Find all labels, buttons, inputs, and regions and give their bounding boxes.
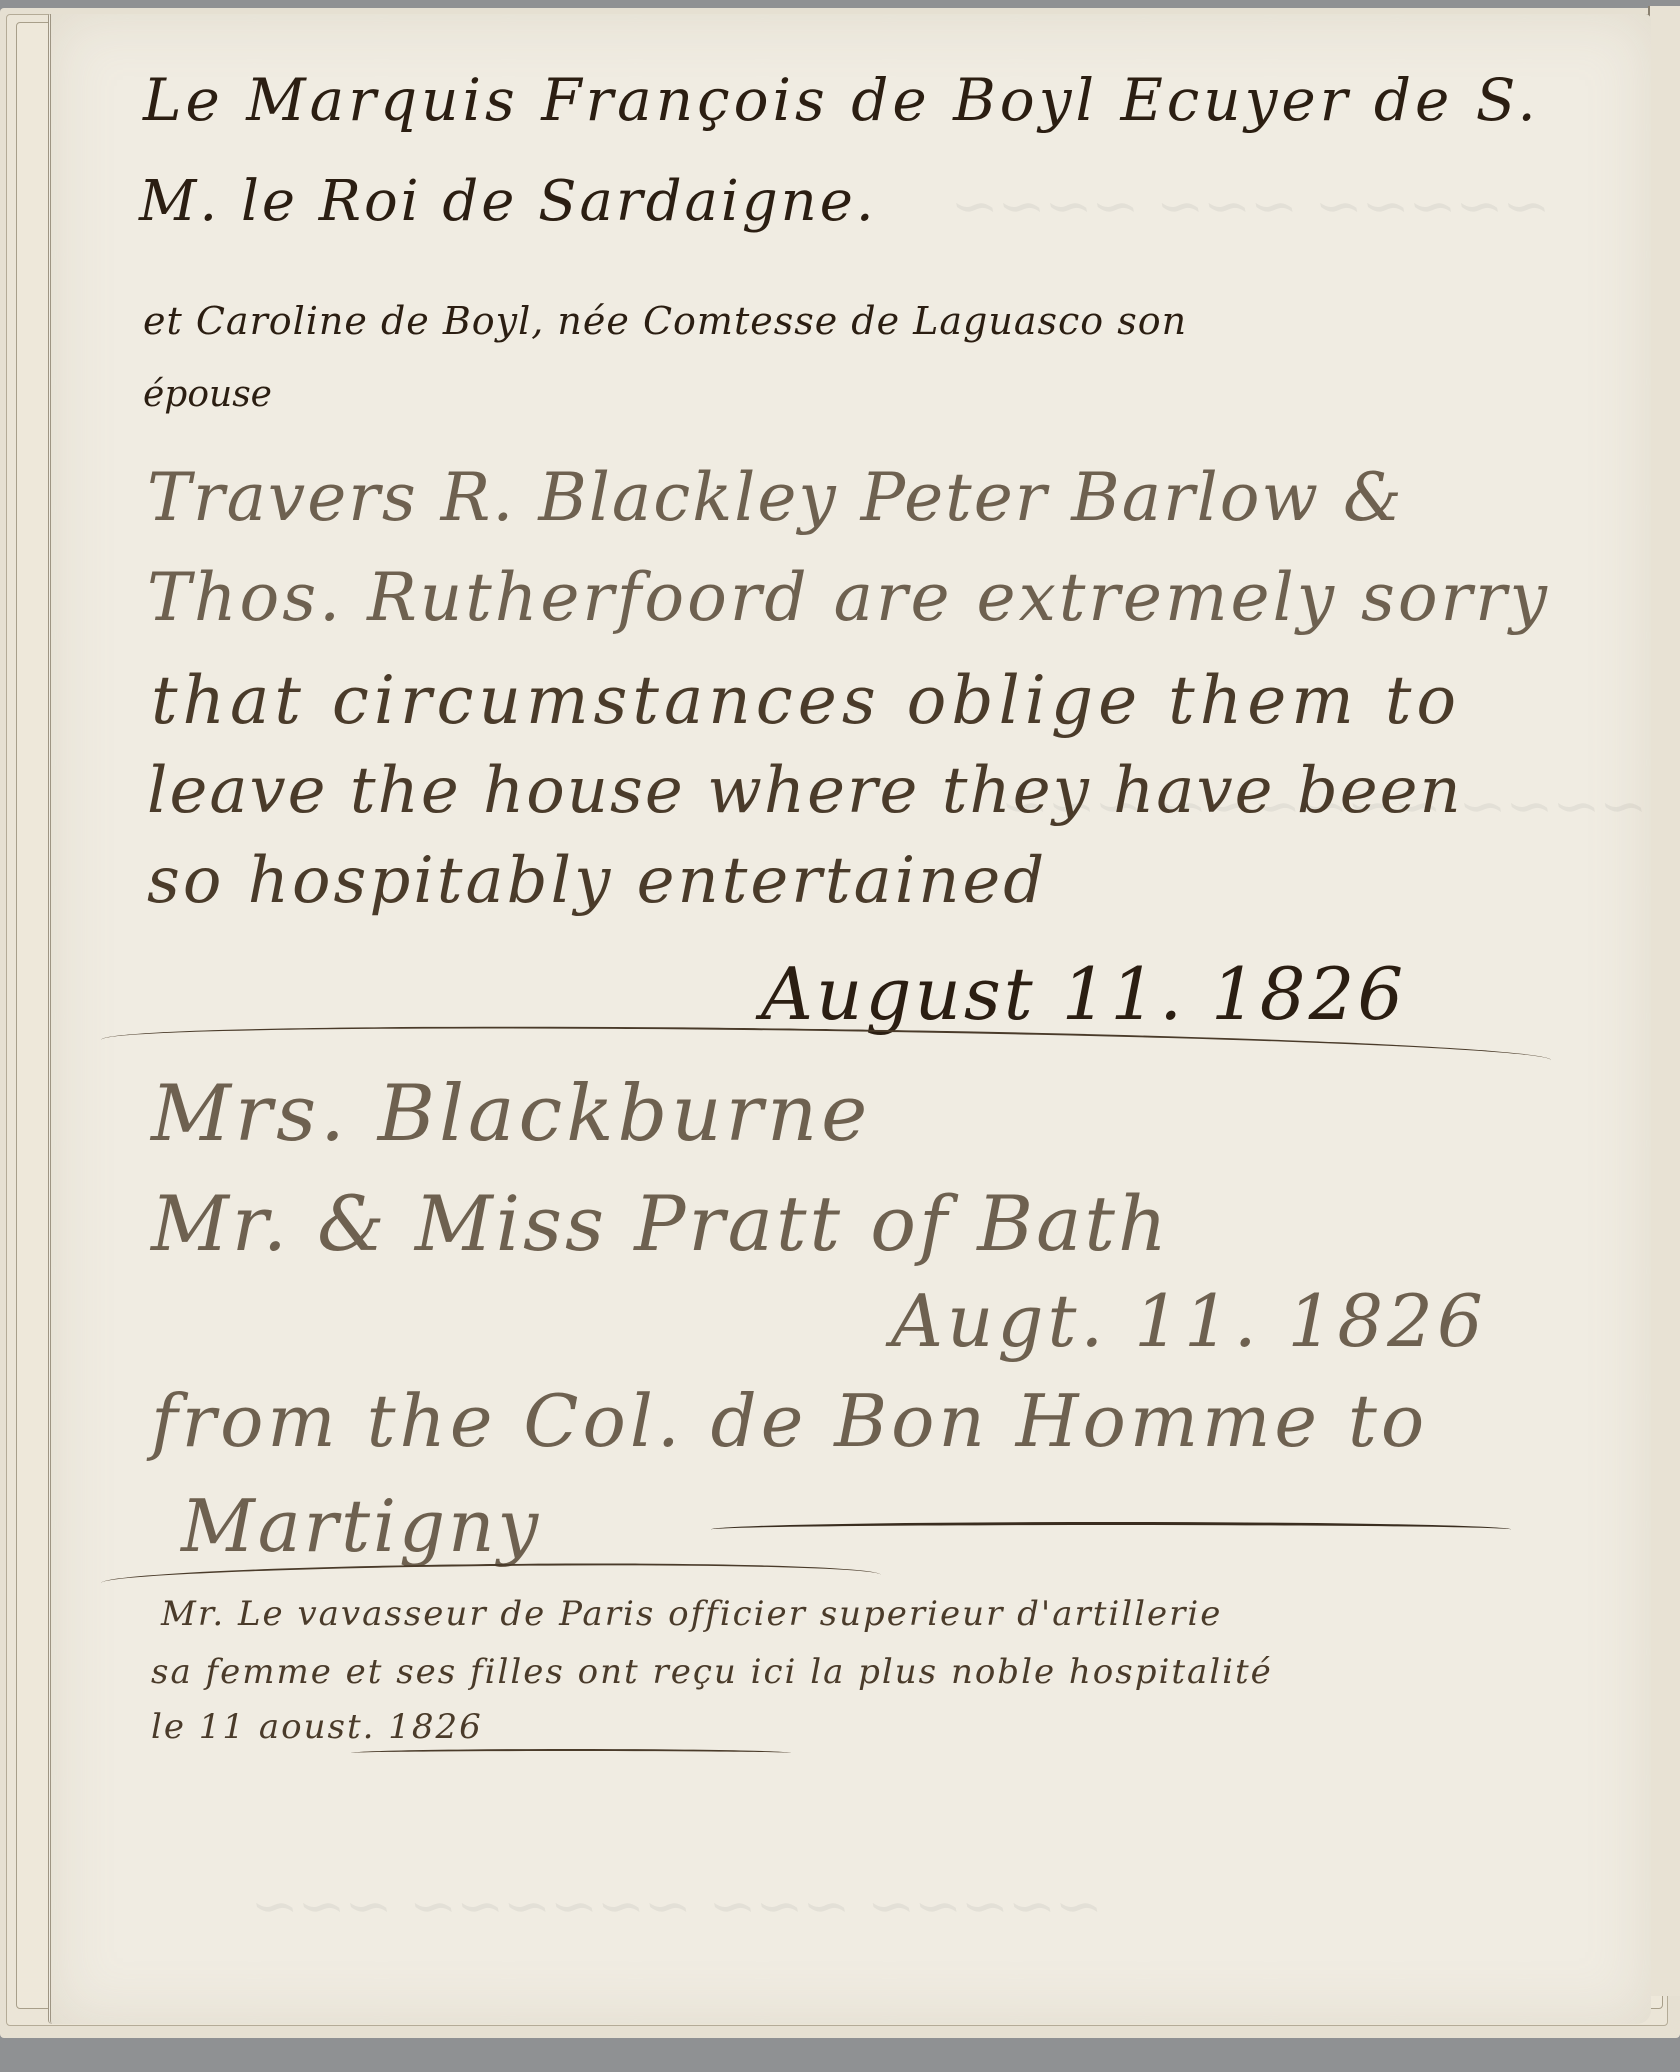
entry-travers-line-2: Thos. Rutherfoord are extremely sorry <box>147 559 1550 636</box>
entry-boyl-line-3: et Caroline de Boyl, née Comtesse de Lag… <box>143 299 1187 343</box>
entry-blackburne-line-1: Mrs. Blackburne <box>151 1069 871 1159</box>
bleed-through: ~~~~~ ~~~ ~~~~~~ ~~~ <box>244 1874 1109 1939</box>
entry-blackburne-line-2: Mr. & Miss Pratt of Bath <box>151 1179 1170 1268</box>
entry-boyl-line-1: Le Marquis François de Boyl Ecuyer de S. <box>143 66 1540 134</box>
entry-blackburne-date: Augt. 11. 1826 <box>891 1279 1487 1363</box>
entry-travers-line-5: so hospitably entertained <box>147 844 1047 918</box>
entry-levavasseur-line-1: Mr. Le vavasseur de Paris officier super… <box>161 1594 1222 1634</box>
entry-levavasseur-line-2: sa femme et ses filles ont reçu ici la p… <box>151 1652 1273 1692</box>
entry-blackburne-route-line-1: from the Col. de Bon Homme to <box>151 1379 1428 1463</box>
entry-levavasseur-line-3: le 11 aoust. 1826 <box>151 1707 483 1747</box>
divider-rule <box>351 1749 791 1757</box>
entry-boyl-line-4: épouse <box>143 374 272 415</box>
manuscript-page: ~~~~~ ~~~ ~~~~ ~~~~ ~~~~~~ ~~~ ~~~~~ ~~~… <box>48 14 1651 2024</box>
entry-travers-line-1: Travers R. Blackley Peter Barlow & <box>147 459 1404 536</box>
facing-page-edge <box>1648 6 1680 1996</box>
entry-travers-line-3: that circumstances oblige them to <box>151 662 1461 739</box>
entry-travers-line-4: leave the house where they have been <box>147 754 1463 828</box>
entry-boyl-line-2: M. le Roi de Sardaigne. <box>139 169 877 234</box>
entry-travers-date: August 11. 1826 <box>761 952 1406 1036</box>
entry-blackburne-route-line-2: Martigny <box>181 1484 541 1568</box>
divider-rule <box>711 1522 1511 1537</box>
bleed-through: ~~~~~ ~~~ ~~~~ <box>944 174 1556 239</box>
